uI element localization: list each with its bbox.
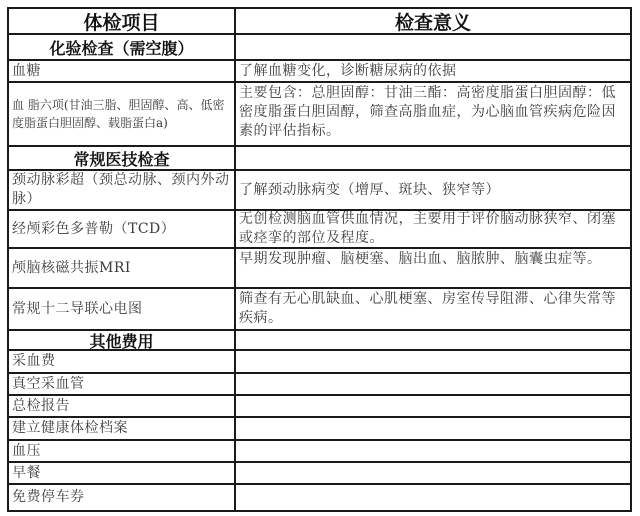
meaning-cell	[236, 351, 630, 372]
table-row: 采血费	[9, 351, 630, 374]
meaning-cell	[236, 485, 630, 510]
meaning-cell	[236, 374, 630, 394]
empty-cell	[236, 35, 630, 59]
meaning-cell	[236, 441, 630, 461]
column-header-item: 体检项目	[9, 9, 236, 33]
table-row: 建立健康体检档案	[9, 418, 630, 441]
meaning-cell: 了解颈动脉病变（增厚、斑块、狭窄等）	[236, 171, 630, 209]
meaning-cell: 了解血糖变化，诊断糖尿病的依据	[236, 61, 630, 81]
item-cell: 血糖	[9, 61, 236, 81]
empty-cell	[236, 331, 630, 349]
item-cell: 经颅彩色多普勒（TCD）	[9, 211, 236, 247]
meaning-cell: 无创检测脑血管供血情况，主要用于评价脑动脉狭窄、闭塞或痉挛的部位及程度。	[236, 211, 630, 247]
item-cell: 采血费	[9, 351, 236, 372]
item-cell: 颅脑核磁共振MRI	[9, 249, 236, 287]
section-header-row: 化验检查（需空腹）	[9, 35, 630, 61]
section-title-medical-tech-tests: 常规医技检查	[9, 147, 236, 169]
section-title-lab-tests: 化验检查（需空腹）	[9, 35, 236, 59]
table-row: 真空采血管	[9, 374, 630, 396]
item-cell: 血 脂六项(甘油三脂、胆固醇、高、低密度脂蛋白胆固醇、载脂蛋白a)	[9, 83, 236, 145]
table-row: 颈动脉彩超（颈总动脉、颈内外动脉） 了解颈动脉病变（增厚、斑块、狭窄等）	[9, 171, 630, 211]
item-cell: 颈动脉彩超（颈总动脉、颈内外动脉）	[9, 171, 236, 209]
section-header-row: 常规医技检查	[9, 147, 630, 171]
column-header-meaning: 检查意义	[236, 9, 630, 33]
meaning-cell	[236, 418, 630, 439]
item-cell: 早餐	[9, 463, 236, 483]
empty-cell	[236, 147, 630, 169]
item-cell: 血压	[9, 441, 236, 461]
table-row: 常规十二导联心电图 筛查有无心肌缺血、心肌梗塞、房室传导阻滞、心律失常等疾病。	[9, 289, 630, 331]
item-cell: 真空采血管	[9, 374, 236, 394]
item-cell: 常规十二导联心电图	[9, 289, 236, 329]
table-row: 总检报告	[9, 396, 630, 418]
meaning-cell	[236, 463, 630, 483]
table-row: 免费停车券	[9, 485, 630, 510]
meaning-cell: 主要包含：总胆固醇：甘油三酯：高密度脂蛋白胆固醇：低密度脂蛋白胆固醇，筛查高脂血…	[236, 83, 630, 145]
item-cell: 免费停车券	[9, 485, 236, 510]
table-row: 经颅彩色多普勒（TCD） 无创检测脑血管供血情况，主要用于评价脑动脉狭窄、闭塞或…	[9, 211, 630, 249]
meaning-cell	[236, 396, 630, 416]
table-row: 血压	[9, 441, 630, 463]
section-title-other-fees: 其他费用	[9, 331, 236, 349]
item-cell: 总检报告	[9, 396, 236, 416]
meaning-cell: 筛查有无心肌缺血、心肌梗塞、房室传导阻滞、心律失常等疾病。	[236, 289, 630, 329]
table-row: 血 脂六项(甘油三脂、胆固醇、高、低密度脂蛋白胆固醇、载脂蛋白a) 主要包含：总…	[9, 83, 630, 147]
health-checkup-table: 体检项目 检查意义 化验检查（需空腹） 血糖 了解血糖变化，诊断糖尿病的依据 血…	[7, 7, 632, 512]
item-cell: 建立健康体检档案	[9, 418, 236, 439]
meaning-cell: 早期发现肿瘤、脑梗塞、脑出血、脑脓肿、脑囊虫症等。	[236, 249, 630, 287]
table-row: 血糖 了解血糖变化，诊断糖尿病的依据	[9, 61, 630, 83]
table-row: 早餐	[9, 463, 630, 485]
section-header-row: 其他费用	[9, 331, 630, 351]
table-header-row: 体检项目 检查意义	[9, 9, 630, 35]
table-row: 颅脑核磁共振MRI 早期发现肿瘤、脑梗塞、脑出血、脑脓肿、脑囊虫症等。	[9, 249, 630, 289]
